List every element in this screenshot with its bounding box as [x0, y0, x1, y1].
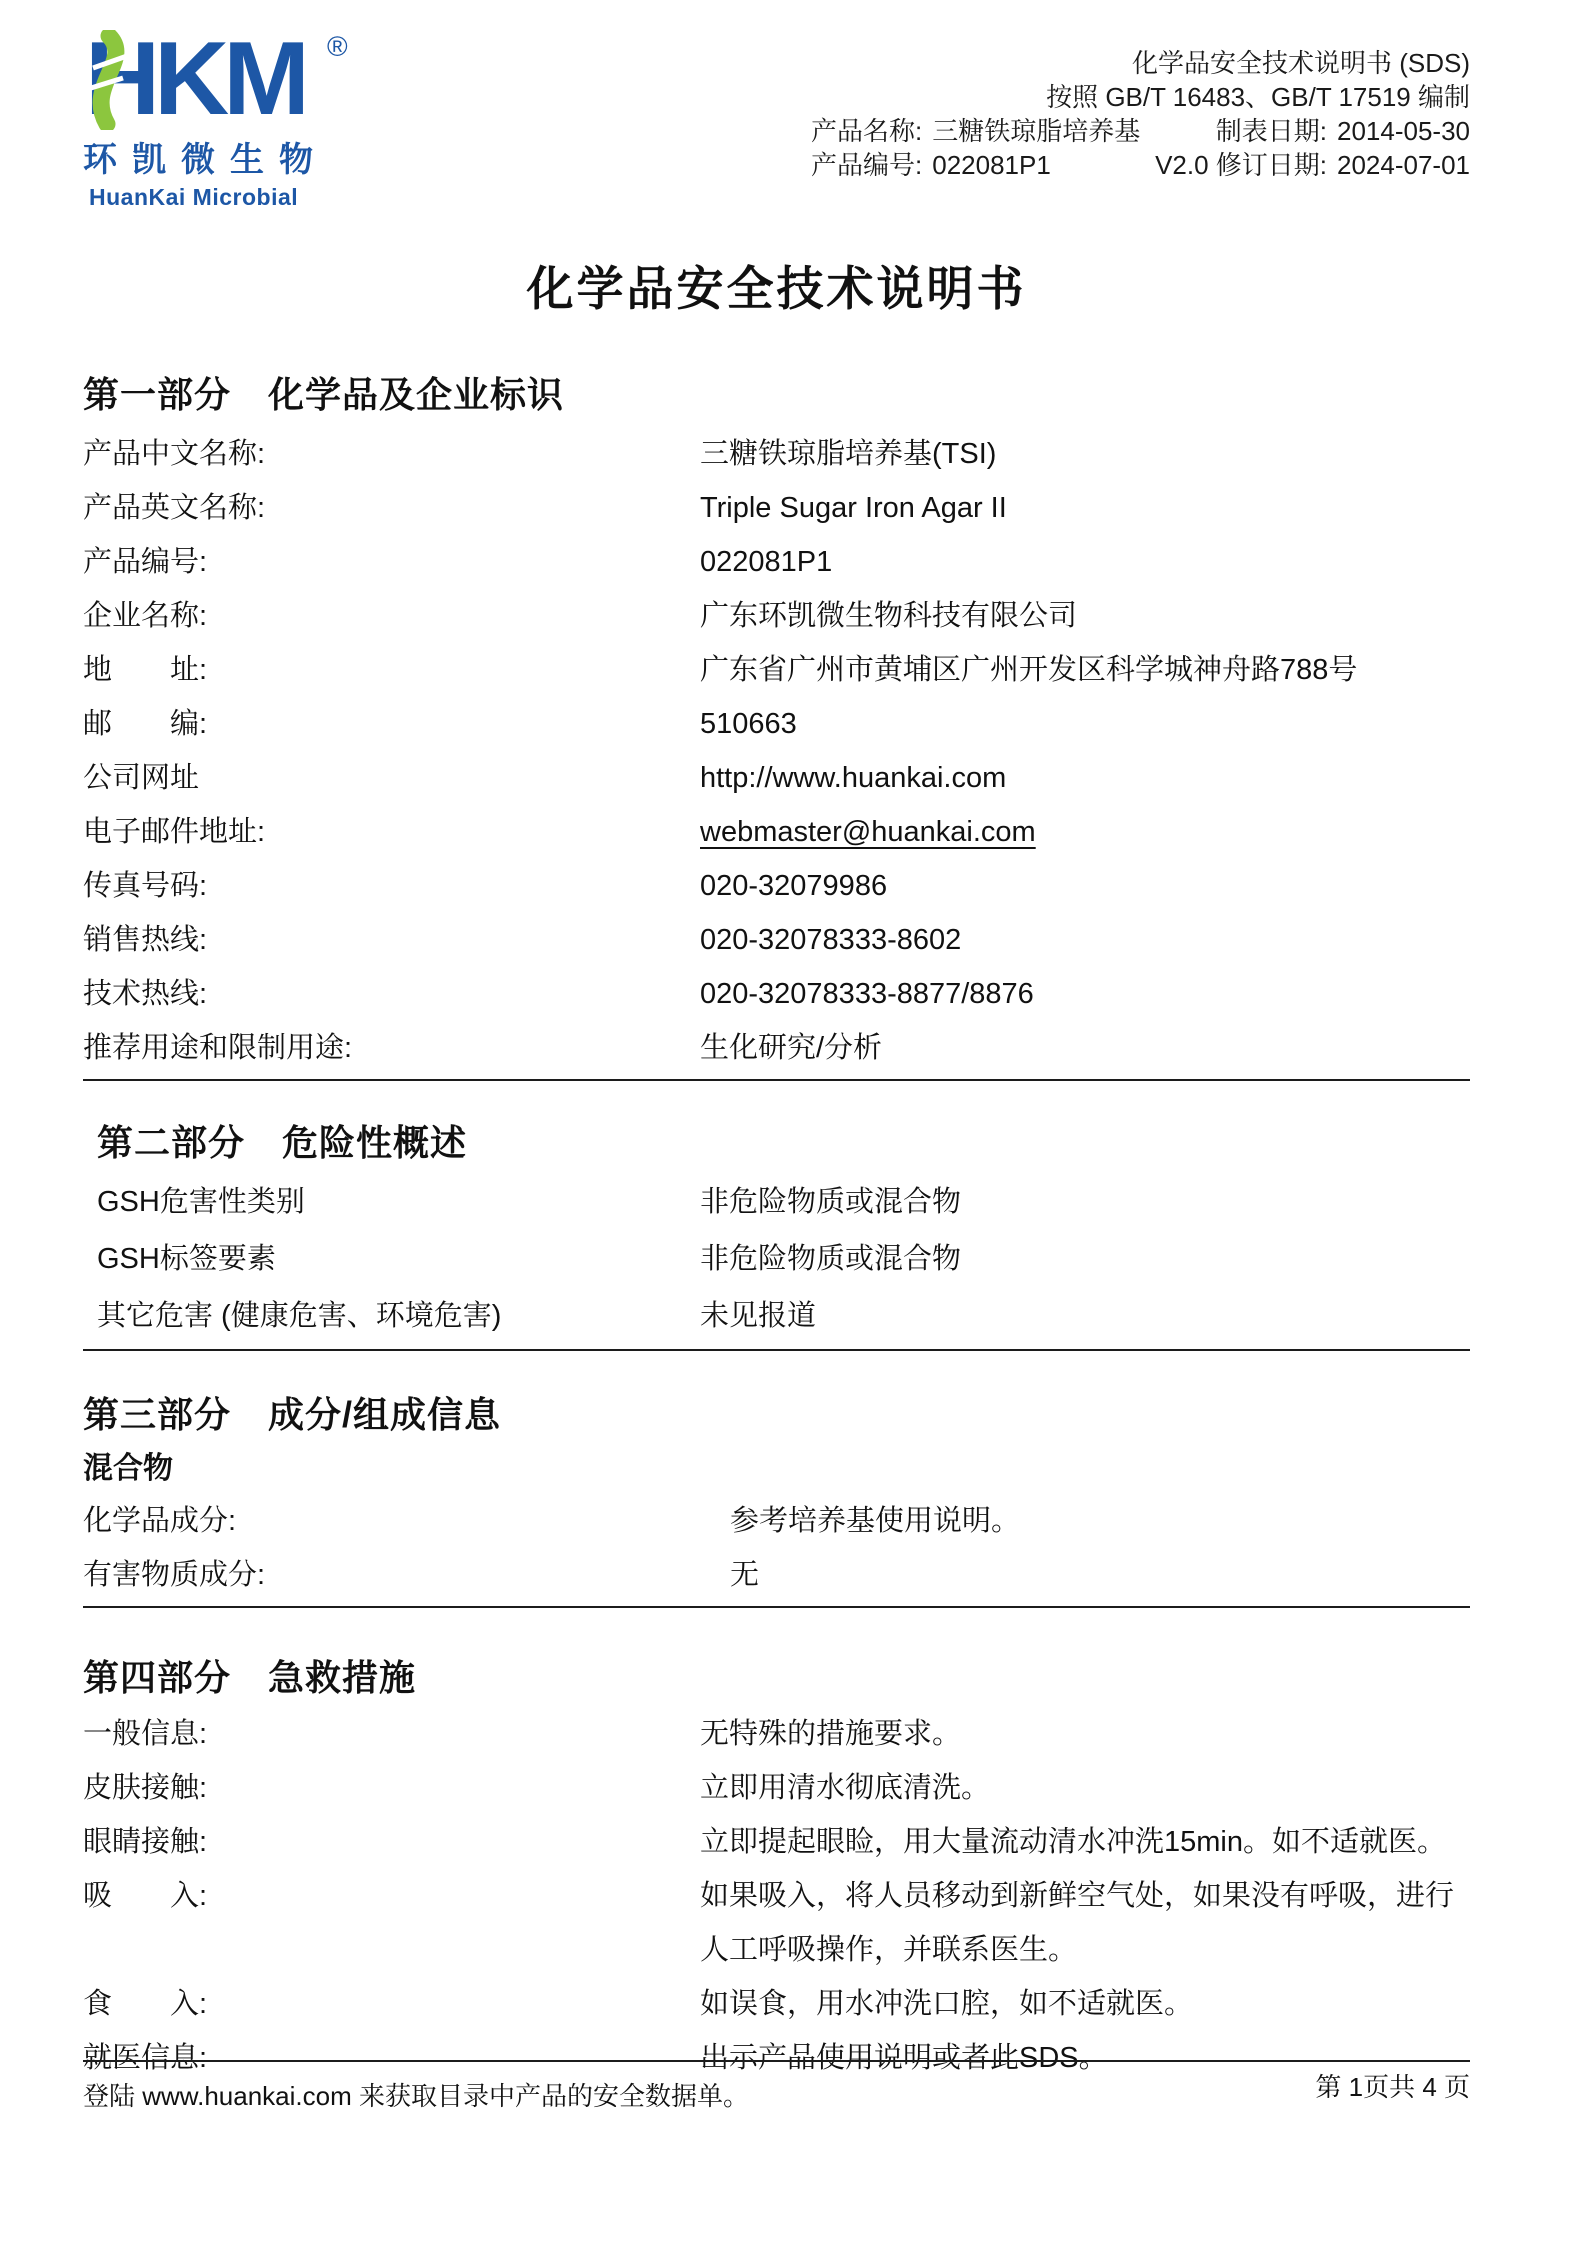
product-name-label: 产品名称:: [811, 116, 922, 146]
field-value: 广东省广州市黄埔区广州开发区科学城神舟路788号: [700, 643, 1470, 697]
field-row: 销售热线:020-32078333-8602: [83, 913, 1470, 967]
section-2-heading: 第二部分 危险性概述: [97, 1121, 1470, 1164]
field-label: 产品英文名称:: [83, 481, 700, 535]
field-row: 传真号码:020-32079986: [83, 859, 1470, 913]
product-code-cell: 产品编号:022081P1: [811, 148, 1051, 182]
field-label: 食 入:: [83, 1977, 700, 2031]
field-row: 产品英文名称:Triple Sugar Iron Agar II: [83, 481, 1470, 535]
create-date-label: 制表日期:: [1216, 116, 1327, 146]
field-row: 产品编号:022081P1: [83, 535, 1470, 589]
company-name-en: HuanKai Microbial: [89, 184, 553, 211]
field-label: 吸 入:: [83, 1869, 700, 1977]
header-info-block: 化学品安全技术说明书 (SDS) 按照 GB/T 16483、GB/T 1751…: [553, 30, 1470, 182]
field-value: 022081P1: [700, 535, 1470, 589]
mixture-subheading: 混合物: [83, 1444, 1470, 1494]
create-date-cell: 制表日期:2014-05-30: [1216, 114, 1470, 148]
revision-cell: V2.0 修订日期:2024-07-01: [1155, 148, 1470, 182]
field-label: 其它危害 (健康危害、环境危害): [97, 1288, 700, 1345]
field-row: 电子邮件地址:webmaster@huankai.com: [83, 805, 1470, 859]
field-row: 技术热线:020-32078333-8877/8876: [83, 967, 1470, 1021]
field-row: 邮 编:510663: [83, 697, 1470, 751]
field-value: 未见报道: [700, 1288, 1470, 1345]
section-3-heading: 第三部分 成分/组成信息: [83, 1393, 1470, 1436]
field-value: 生化研究/分析: [700, 1021, 1470, 1075]
field-row: 推荐用途和限制用途:生化研究/分析: [83, 1021, 1470, 1075]
field-value: 020-32078333-8602: [700, 913, 1470, 967]
product-code-value: 022081P1: [932, 150, 1051, 180]
company-name-cn: 环凯微生物: [83, 132, 553, 181]
field-label: 传真号码:: [83, 859, 700, 913]
section-1-heading: 第一部分 化学品及企业标识: [83, 373, 1470, 416]
field-row: 公司网址http://www.huankai.com: [83, 751, 1470, 805]
field-label: 产品编号:: [83, 535, 700, 589]
section-2-hazards: 第二部分 危险性概述 GSH危害性类别非危险物质或混合物 GSH标签要素非危险物…: [83, 1121, 1470, 1351]
section-divider: [83, 1606, 1470, 1608]
field-value: 立即提起眼睑，用大量流动清水冲洗15min。如不适就医。: [700, 1815, 1470, 1869]
registered-trademark-icon: ®: [327, 31, 348, 62]
field-label: 化学品成分:: [83, 1494, 730, 1548]
revision-date-value: 2024-07-01: [1337, 150, 1470, 180]
field-label: GSH标签要素: [97, 1231, 700, 1288]
field-row: 食 入:如误食，用水冲洗口腔，如不适就医。: [83, 1977, 1470, 2031]
field-value: 无特殊的措施要求。: [700, 1707, 1470, 1761]
section-divider: [83, 1079, 1470, 1081]
section-4-heading: 第四部分 急救措施: [83, 1656, 1470, 1699]
hkm-logo: HKM ®: [83, 30, 393, 130]
field-value: 参考培养基使用说明。: [730, 1494, 1470, 1548]
field-label: 公司网址: [83, 751, 700, 805]
website-url: http://www.huankai.com: [700, 751, 1470, 805]
field-value: 020-32079986: [700, 859, 1470, 913]
field-row: 吸 入:如果吸入，将人员移动到新鲜空气处，如果没有呼吸，进行人工呼吸操作，并联系…: [83, 1869, 1470, 1977]
doc-type-line: 化学品安全技术说明书 (SDS): [553, 46, 1470, 80]
field-label: 产品中文名称:: [83, 427, 700, 481]
field-label: 地 址:: [83, 643, 700, 697]
field-value: 三糖铁琼脂培养基(TSI): [700, 427, 1470, 481]
field-value: 无: [730, 1548, 1470, 1602]
field-row: 其它危害 (健康危害、环境危害)未见报道: [97, 1288, 1470, 1345]
field-value: 非危险物质或混合物: [700, 1174, 1470, 1231]
sds-document-page: HKM ® 环凯微生物 HuanKai Microbial 化学品安全技术说明书…: [0, 0, 1587, 2245]
field-value: 如误食，用水冲洗口腔，如不适就医。: [700, 1977, 1470, 2031]
email-link[interactable]: webmaster@huankai.com: [700, 816, 1036, 848]
field-label: GSH危害性类别: [97, 1174, 700, 1231]
field-label: 一般信息:: [83, 1707, 700, 1761]
field-row: GSH标签要素非危险物质或混合物: [97, 1231, 1470, 1288]
section-1-identification: 第一部分 化学品及企业标识 产品中文名称:三糖铁琼脂培养基(TSI) 产品英文名…: [83, 373, 1470, 1080]
page-footer: 登陆 www.huankai.com 来获取目录中产品的安全数据单。 第 1页共…: [83, 2060, 1470, 2113]
product-name-value: 三糖铁琼脂培养基: [932, 116, 1140, 146]
field-label: 眼睛接触:: [83, 1815, 700, 1869]
field-row: 一般信息:无特殊的措施要求。: [83, 1707, 1470, 1761]
field-row: 化学品成分:参考培养基使用说明。: [83, 1494, 1470, 1548]
field-row: 企业名称:广东环凯微生物科技有限公司: [83, 589, 1470, 643]
field-row: 有害物质成分:无: [83, 1548, 1470, 1602]
create-date-value: 2014-05-30: [1337, 116, 1470, 146]
product-name-cell: 产品名称:三糖铁琼脂培养基: [811, 114, 1140, 148]
product-code-label: 产品编号:: [811, 150, 922, 180]
field-value: 广东环凯微生物科技有限公司: [700, 589, 1470, 643]
field-label: 皮肤接触:: [83, 1761, 700, 1815]
field-value: 510663: [700, 697, 1470, 751]
field-label: 电子邮件地址:: [83, 805, 700, 859]
page-title: 化学品安全技术说明书: [83, 261, 1470, 317]
section-divider: [83, 1349, 1470, 1351]
revision-label: V2.0 修订日期:: [1155, 150, 1327, 180]
page-number: 第 1页共 4 页: [1315, 2067, 1470, 2104]
company-logo-block: HKM ® 环凯微生物 HuanKai Microbial: [83, 30, 553, 211]
field-value: 立即用清水彻底清洗。: [700, 1761, 1470, 1815]
section-3-composition: 第三部分 成分/组成信息 混合物 化学品成分:参考培养基使用说明。 有害物质成分…: [83, 1393, 1470, 1608]
footer-note: 登陆 www.huankai.com 来获取目录中产品的安全数据单。: [83, 2076, 749, 2113]
field-value: 如果吸入，将人员移动到新鲜空气处，如果没有呼吸，进行人工呼吸操作，并联系医生。: [700, 1869, 1470, 1977]
field-value: 非危险物质或混合物: [700, 1231, 1470, 1288]
field-value: 020-32078333-8877/8876: [700, 967, 1470, 1021]
field-row: 皮肤接触:立即用清水彻底清洗。: [83, 1761, 1470, 1815]
section-4-first-aid: 第四部分 急救措施 一般信息:无特殊的措施要求。 皮肤接触:立即用清水彻底清洗。…: [83, 1656, 1470, 2085]
field-row: 地 址:广东省广州市黄埔区广州开发区科学城神舟路788号: [83, 643, 1470, 697]
field-label: 邮 编:: [83, 697, 700, 751]
field-label: 有害物质成分:: [83, 1548, 730, 1602]
field-label: 销售热线:: [83, 913, 700, 967]
standard-line: 按照 GB/T 16483、GB/T 17519 编制: [553, 80, 1470, 114]
field-row: 眼睛接触:立即提起眼睑，用大量流动清水冲洗15min。如不适就医。: [83, 1815, 1470, 1869]
page-header: HKM ® 环凯微生物 HuanKai Microbial 化学品安全技术说明书…: [83, 0, 1470, 211]
field-label: 推荐用途和限制用途:: [83, 1021, 700, 1075]
field-label: 技术热线:: [83, 967, 700, 1021]
field-value: Triple Sugar Iron Agar II: [700, 481, 1470, 535]
field-row: GSH危害性类别非危险物质或混合物: [97, 1174, 1470, 1231]
field-row: 产品中文名称:三糖铁琼脂培养基(TSI): [83, 427, 1470, 481]
field-label: 企业名称:: [83, 589, 700, 643]
